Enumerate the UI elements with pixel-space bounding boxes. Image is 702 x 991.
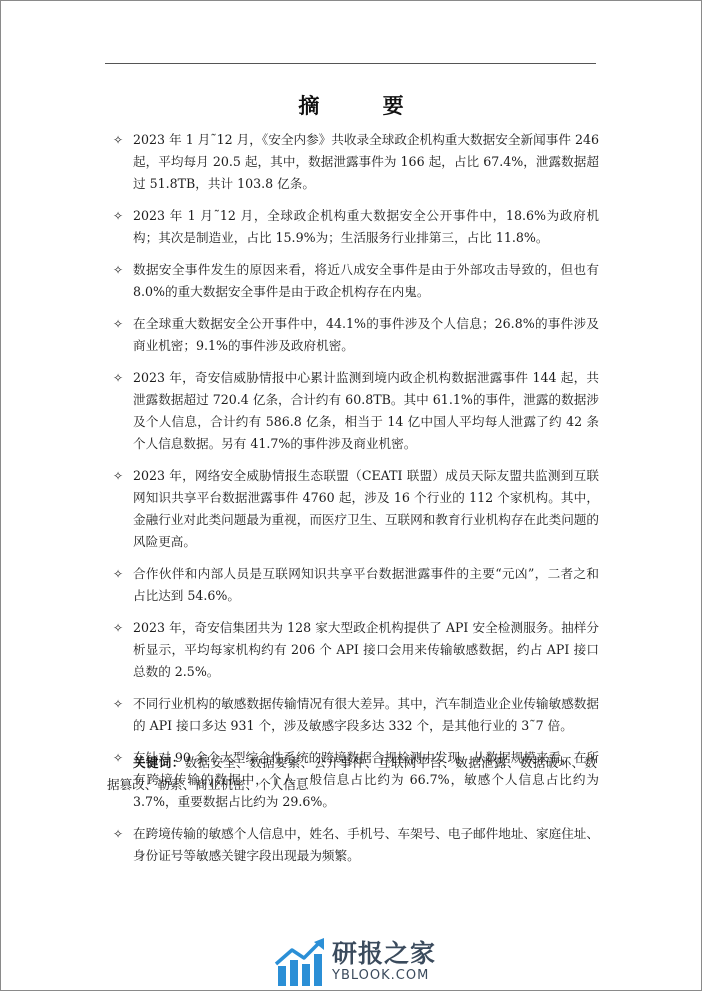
diamond-bullet-icon: ✧ bbox=[113, 823, 133, 845]
list-item: ✧ 2023 年，奇安信集团共为 128 家大型政企机构提供了 API 安全检测… bbox=[113, 617, 599, 683]
diamond-bullet-icon: ✧ bbox=[113, 563, 133, 585]
bullet-text: 在跨境传输的敏感个人信息中，姓名、手机号、车架号、电子邮件地址、家庭住址、身份证… bbox=[133, 823, 599, 867]
page-title: 摘 要 bbox=[0, 90, 702, 120]
diamond-bullet-icon: ✧ bbox=[113, 205, 133, 227]
header-rule bbox=[105, 63, 596, 64]
rising-bar-chart-icon bbox=[274, 938, 326, 986]
diamond-bullet-icon: ✧ bbox=[113, 259, 133, 281]
bullet-text: 2023 年，奇安信集团共为 128 家大型政企机构提供了 API 安全检测服务… bbox=[133, 617, 599, 683]
keywords-paragraph: 关键词：数据安全、数据要素、公开事件、互联网平台、数据泄露、数据破坏、数据篡改、… bbox=[107, 752, 597, 796]
bullet-text: 2023 年 1 月˜12 月，《安全内参》共收录全球政企机构重大数据安全新闻事… bbox=[133, 129, 599, 195]
keywords-label: 关键词： bbox=[133, 755, 185, 770]
list-item: ✧ 合作伙伴和内部人员是互联网知识共享平台数据泄露事件的主要“元凶”，二者之和占… bbox=[113, 563, 599, 607]
list-item: ✧ 2023 年 1 月˜12 月，全球政企机构重大数据安全公开事件中，18.6… bbox=[113, 205, 599, 249]
diamond-bullet-icon: ✧ bbox=[113, 617, 133, 639]
list-item: ✧ 不同行业机构的敏感数据传输情况有很大差异。其中，汽车制造业企业传输敏感数据的… bbox=[113, 693, 599, 737]
bullet-text: 合作伙伴和内部人员是互联网知识共享平台数据泄露事件的主要“元凶”，二者之和占比达… bbox=[133, 563, 599, 607]
bullet-text: 2023 年 1 月˜12 月，全球政企机构重大数据安全公开事件中，18.6%为… bbox=[133, 205, 599, 249]
diamond-bullet-icon: ✧ bbox=[113, 367, 133, 389]
diamond-bullet-icon: ✧ bbox=[113, 313, 133, 335]
bullet-text: 2023 年，奇安信威胁情报中心累计监测到境内政企机构数据泄露事件 144 起，… bbox=[133, 367, 599, 455]
bullet-text: 2023 年，网络安全威胁情报生态联盟（CEATI 联盟）成员天际友盟共监测到互… bbox=[133, 465, 599, 553]
bullet-text: 不同行业机构的敏感数据传输情况有很大差异。其中，汽车制造业企业传输敏感数据的 A… bbox=[133, 693, 599, 737]
watermark-cn: 研报之家 bbox=[332, 940, 436, 968]
list-item: ✧ 在跨境传输的敏感个人信息中，姓名、手机号、车架号、电子邮件地址、家庭住址、身… bbox=[113, 823, 599, 867]
diamond-bullet-icon: ✧ bbox=[113, 129, 133, 151]
diamond-bullet-icon: ✧ bbox=[113, 465, 133, 487]
list-item: ✧ 2023 年，网络安全威胁情报生态联盟（CEATI 联盟）成员天际友盟共监测… bbox=[113, 465, 599, 553]
diamond-bullet-icon: ✧ bbox=[113, 693, 133, 715]
list-item: ✧ 数据安全事件发生的原因来看，将近八成安全事件是由于外部攻击导致的，但也有 8… bbox=[113, 259, 599, 303]
list-item: ✧ 在全球重大数据安全公开事件中，44.1%的事件涉及个人信息；26.8%的事件… bbox=[113, 313, 599, 357]
watermark-logo: 研报之家 YBLOOK.COM bbox=[274, 938, 436, 986]
bullet-text: 数据安全事件发生的原因来看，将近八成安全事件是由于外部攻击导致的，但也有 8.0… bbox=[133, 259, 599, 303]
bullet-text: 在全球重大数据安全公开事件中，44.1%的事件涉及个人信息；26.8%的事件涉及… bbox=[133, 313, 599, 357]
list-item: ✧ 2023 年，奇安信威胁情报中心累计监测到境内政企机构数据泄露事件 144 … bbox=[113, 367, 599, 455]
watermark-en: YBLOOK.COM bbox=[332, 968, 436, 984]
list-item: ✧ 2023 年 1 月˜12 月，《安全内参》共收录全球政企机构重大数据安全新… bbox=[113, 129, 599, 195]
